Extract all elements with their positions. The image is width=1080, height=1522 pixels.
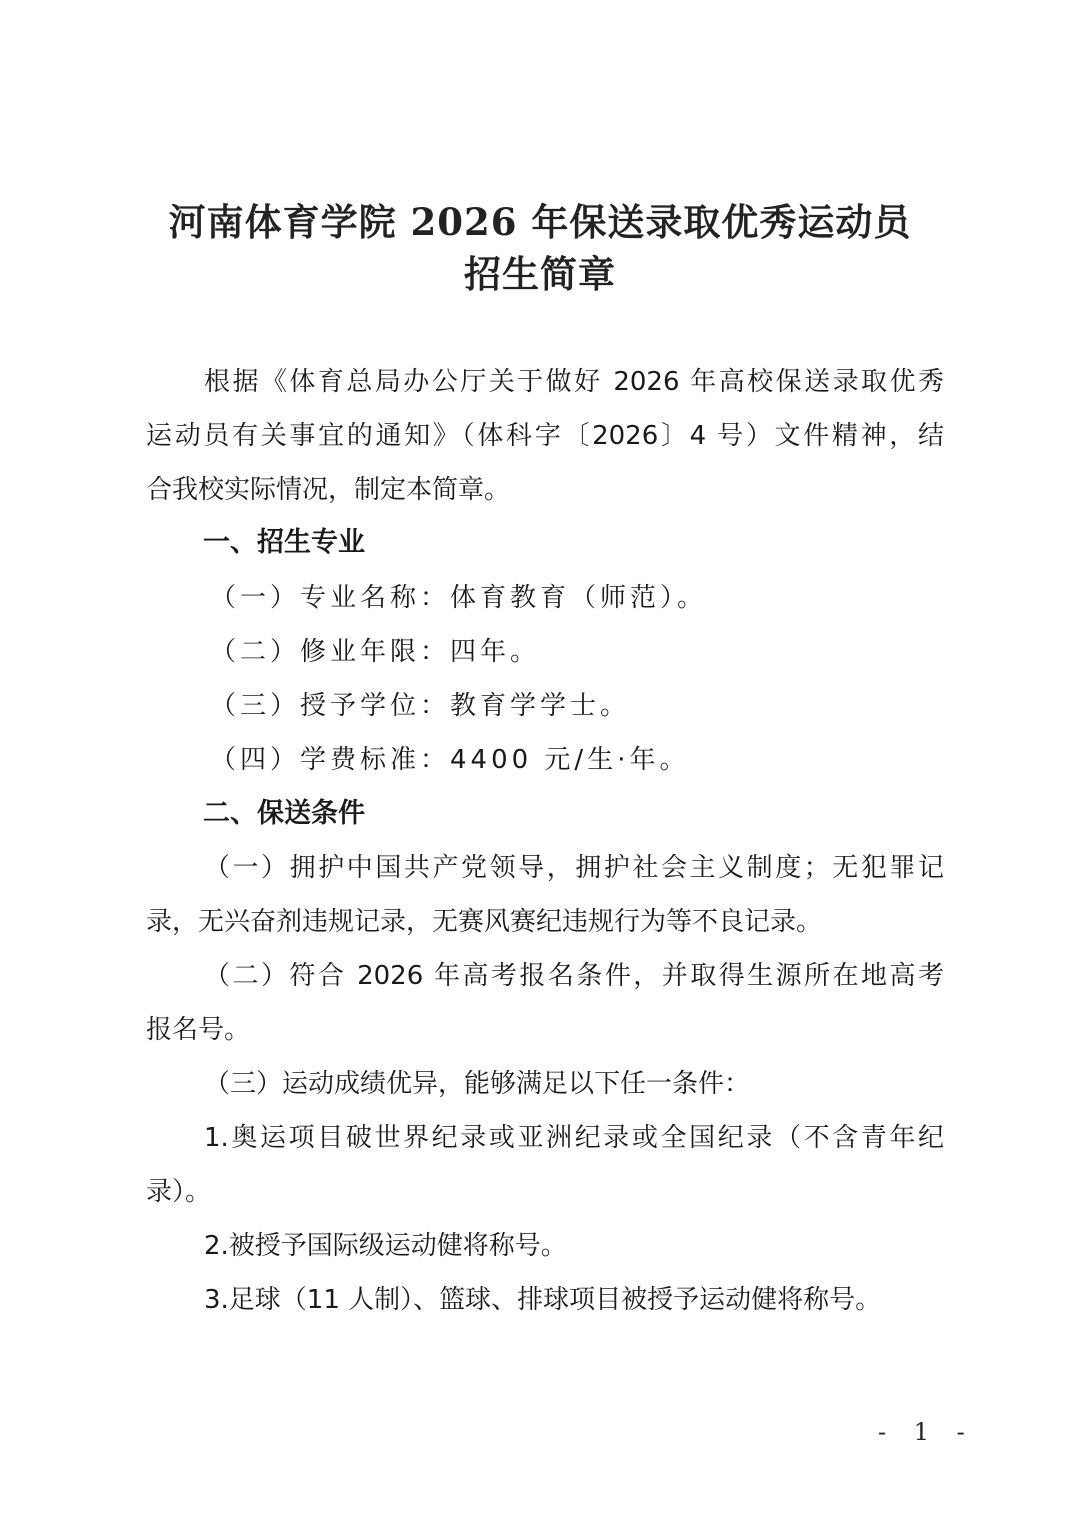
section1-item-1: （一）专业名称：体育教育（师范）。 [210,583,707,613]
section2-sub3: 3.足球（11 人制）、篮球、排球项目被授予运动健将称号。 [204,1285,881,1315]
document-page: 河南体育学院 2026 年保送录取优秀运动员 招生简章 根据《体育总局办公厅关于… [0,0,1080,1522]
section1-heading: 一、招生专业 [203,528,365,558]
section2-item3: （三）运动成绩优异，能够满足以下任一条件： [204,1069,750,1099]
intro-line-2: 运动员有关事宜的通知》（体科字〔2026〕4 号）文件精神，结 [146,421,944,451]
section1-item-4: （四）学费标准：4400 元/生·年。 [210,745,689,775]
section2-sub1-line2: 录）。 [146,1177,211,1207]
section1-item-3: （三）授予学位：教育学学士。 [210,691,630,721]
section1-item-2: （二）修业年限：四年。 [210,637,540,667]
document-title-line2: 招生简章 [0,244,1080,298]
section2-item1-line1: （一）拥护中国共产党领导，拥护社会主义制度；无犯罪记 [146,853,944,883]
section2-sub1-line1: 1.奥运项目破世界纪录或亚洲纪录或全国纪录（不含青年纪 [146,1123,944,1153]
section2-sub2: 2.被授予国际级运动健将称号。 [204,1231,567,1261]
intro-line-1: 根据《体育总局办公厅关于做好 2026 年高校保送录取优秀 [146,367,944,397]
intro-line-3: 合我校实际情况，制定本简章。 [146,475,510,505]
section2-item1-line2: 录，无兴奋剂违规记录，无赛风赛纪违规行为等不良记录。 [146,907,822,937]
section2-item2-line1: （二）符合 2026 年高考报名条件，并取得生源所在地高考 [146,961,944,991]
section2-item2-line2: 报名号。 [146,1015,250,1045]
page-number: - 1 - [878,1418,975,1446]
section2-heading: 二、保送条件 [203,799,365,829]
document-title-line1: 河南体育学院 2026 年保送录取优秀运动员 [0,192,1080,246]
